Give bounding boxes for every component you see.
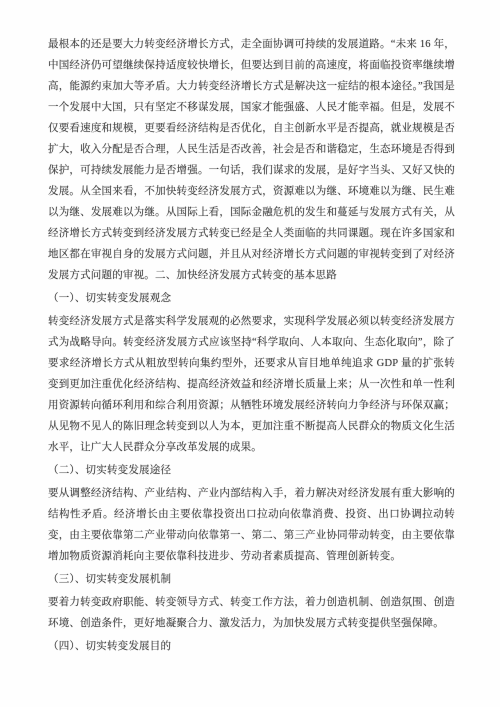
section-heading-2: （二）、切实转变发展途径 <box>48 460 455 481</box>
section-heading-3: （三）、切实转变发展机制 <box>48 569 455 590</box>
document-page: 最根本的还是要大力转变经济增长方式，走全面协调可持续的发展道路。“未来 16 年… <box>0 0 500 707</box>
body-paragraph-mechanism: 要着力转变政府职能、转变领导方式、转变工作方法，着力创造机制、创造氛围、创造环境… <box>48 592 455 634</box>
body-paragraph-pathways: 要从调整经济结构、产业结构、产业内部结构入手，着力解决对经济发展有重大影响的结构… <box>48 483 455 567</box>
body-paragraph-concepts: 转变经济发展方式是落实科学发展观的必然要求，实现科学发展必须以转变经济发展方式为… <box>48 311 455 458</box>
section-heading-1: （一）、切实转变发展观念 <box>48 288 455 309</box>
section-heading-4: （四）、切实转变发展目的 <box>48 636 455 657</box>
body-paragraph-continued: 最根本的还是要大力转变经济增长方式，走全面协调可持续的发展道路。“未来 16 年… <box>48 34 455 286</box>
